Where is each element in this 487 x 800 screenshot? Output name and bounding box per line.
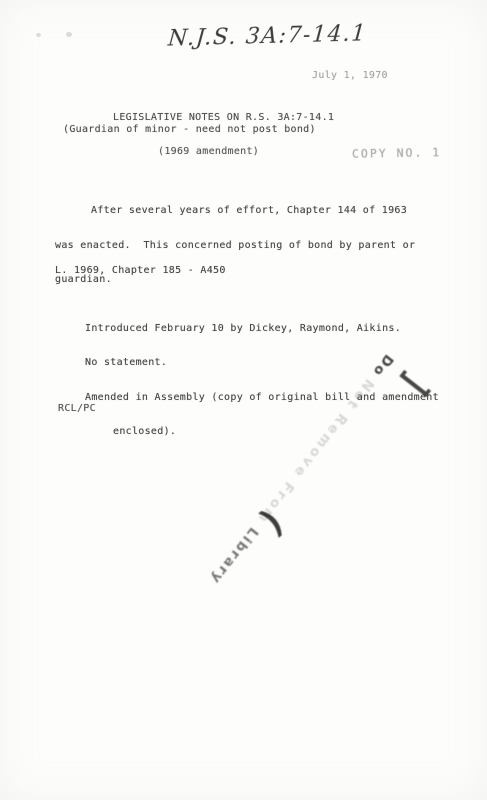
law-entry: L. 1969, Chapter 185 - A450 Introduced F… bbox=[55, 242, 439, 484]
scan-artifact bbox=[36, 33, 41, 37]
document-page: N.J.S. 3A:7-14.1 July 1, 1970 LEGISLATIV… bbox=[0, 0, 487, 800]
law-entry-details: Introduced February 10 by Dickey, Raymon… bbox=[55, 300, 439, 461]
law-detail-line: Introduced February 10 by Dickey, Raymon… bbox=[85, 323, 439, 335]
law-detail-line: No statement. bbox=[85, 357, 439, 369]
title-line-2: (Guardian of minor - need not post bond) bbox=[63, 124, 316, 136]
library-stamp-word-library: Library bbox=[207, 524, 262, 588]
stamp-curve-mark: ( bbox=[251, 500, 294, 545]
clerk-initials: RCL/PC bbox=[58, 403, 96, 415]
law-detail-line: enclosed). bbox=[85, 426, 439, 438]
date-line: July 1, 1970 bbox=[312, 70, 388, 82]
law-entry-heading: L. 1969, Chapter 185 - A450 bbox=[55, 265, 439, 277]
title-line-1: LEGISLATIVE NOTES ON R.S. 3A:7-14.1 bbox=[113, 112, 334, 124]
scan-artifact bbox=[66, 32, 72, 37]
paragraph-line: After several years of effort, Chapter 1… bbox=[55, 205, 415, 217]
handwritten-citation: N.J.S. 3A:7-14.1 bbox=[167, 21, 368, 51]
law-detail-line: Amended in Assembly (copy of original bi… bbox=[85, 392, 439, 404]
copy-number-stamp: COPY NO. 1 bbox=[352, 147, 441, 160]
amendment-note: (1969 amendment) bbox=[158, 146, 259, 158]
